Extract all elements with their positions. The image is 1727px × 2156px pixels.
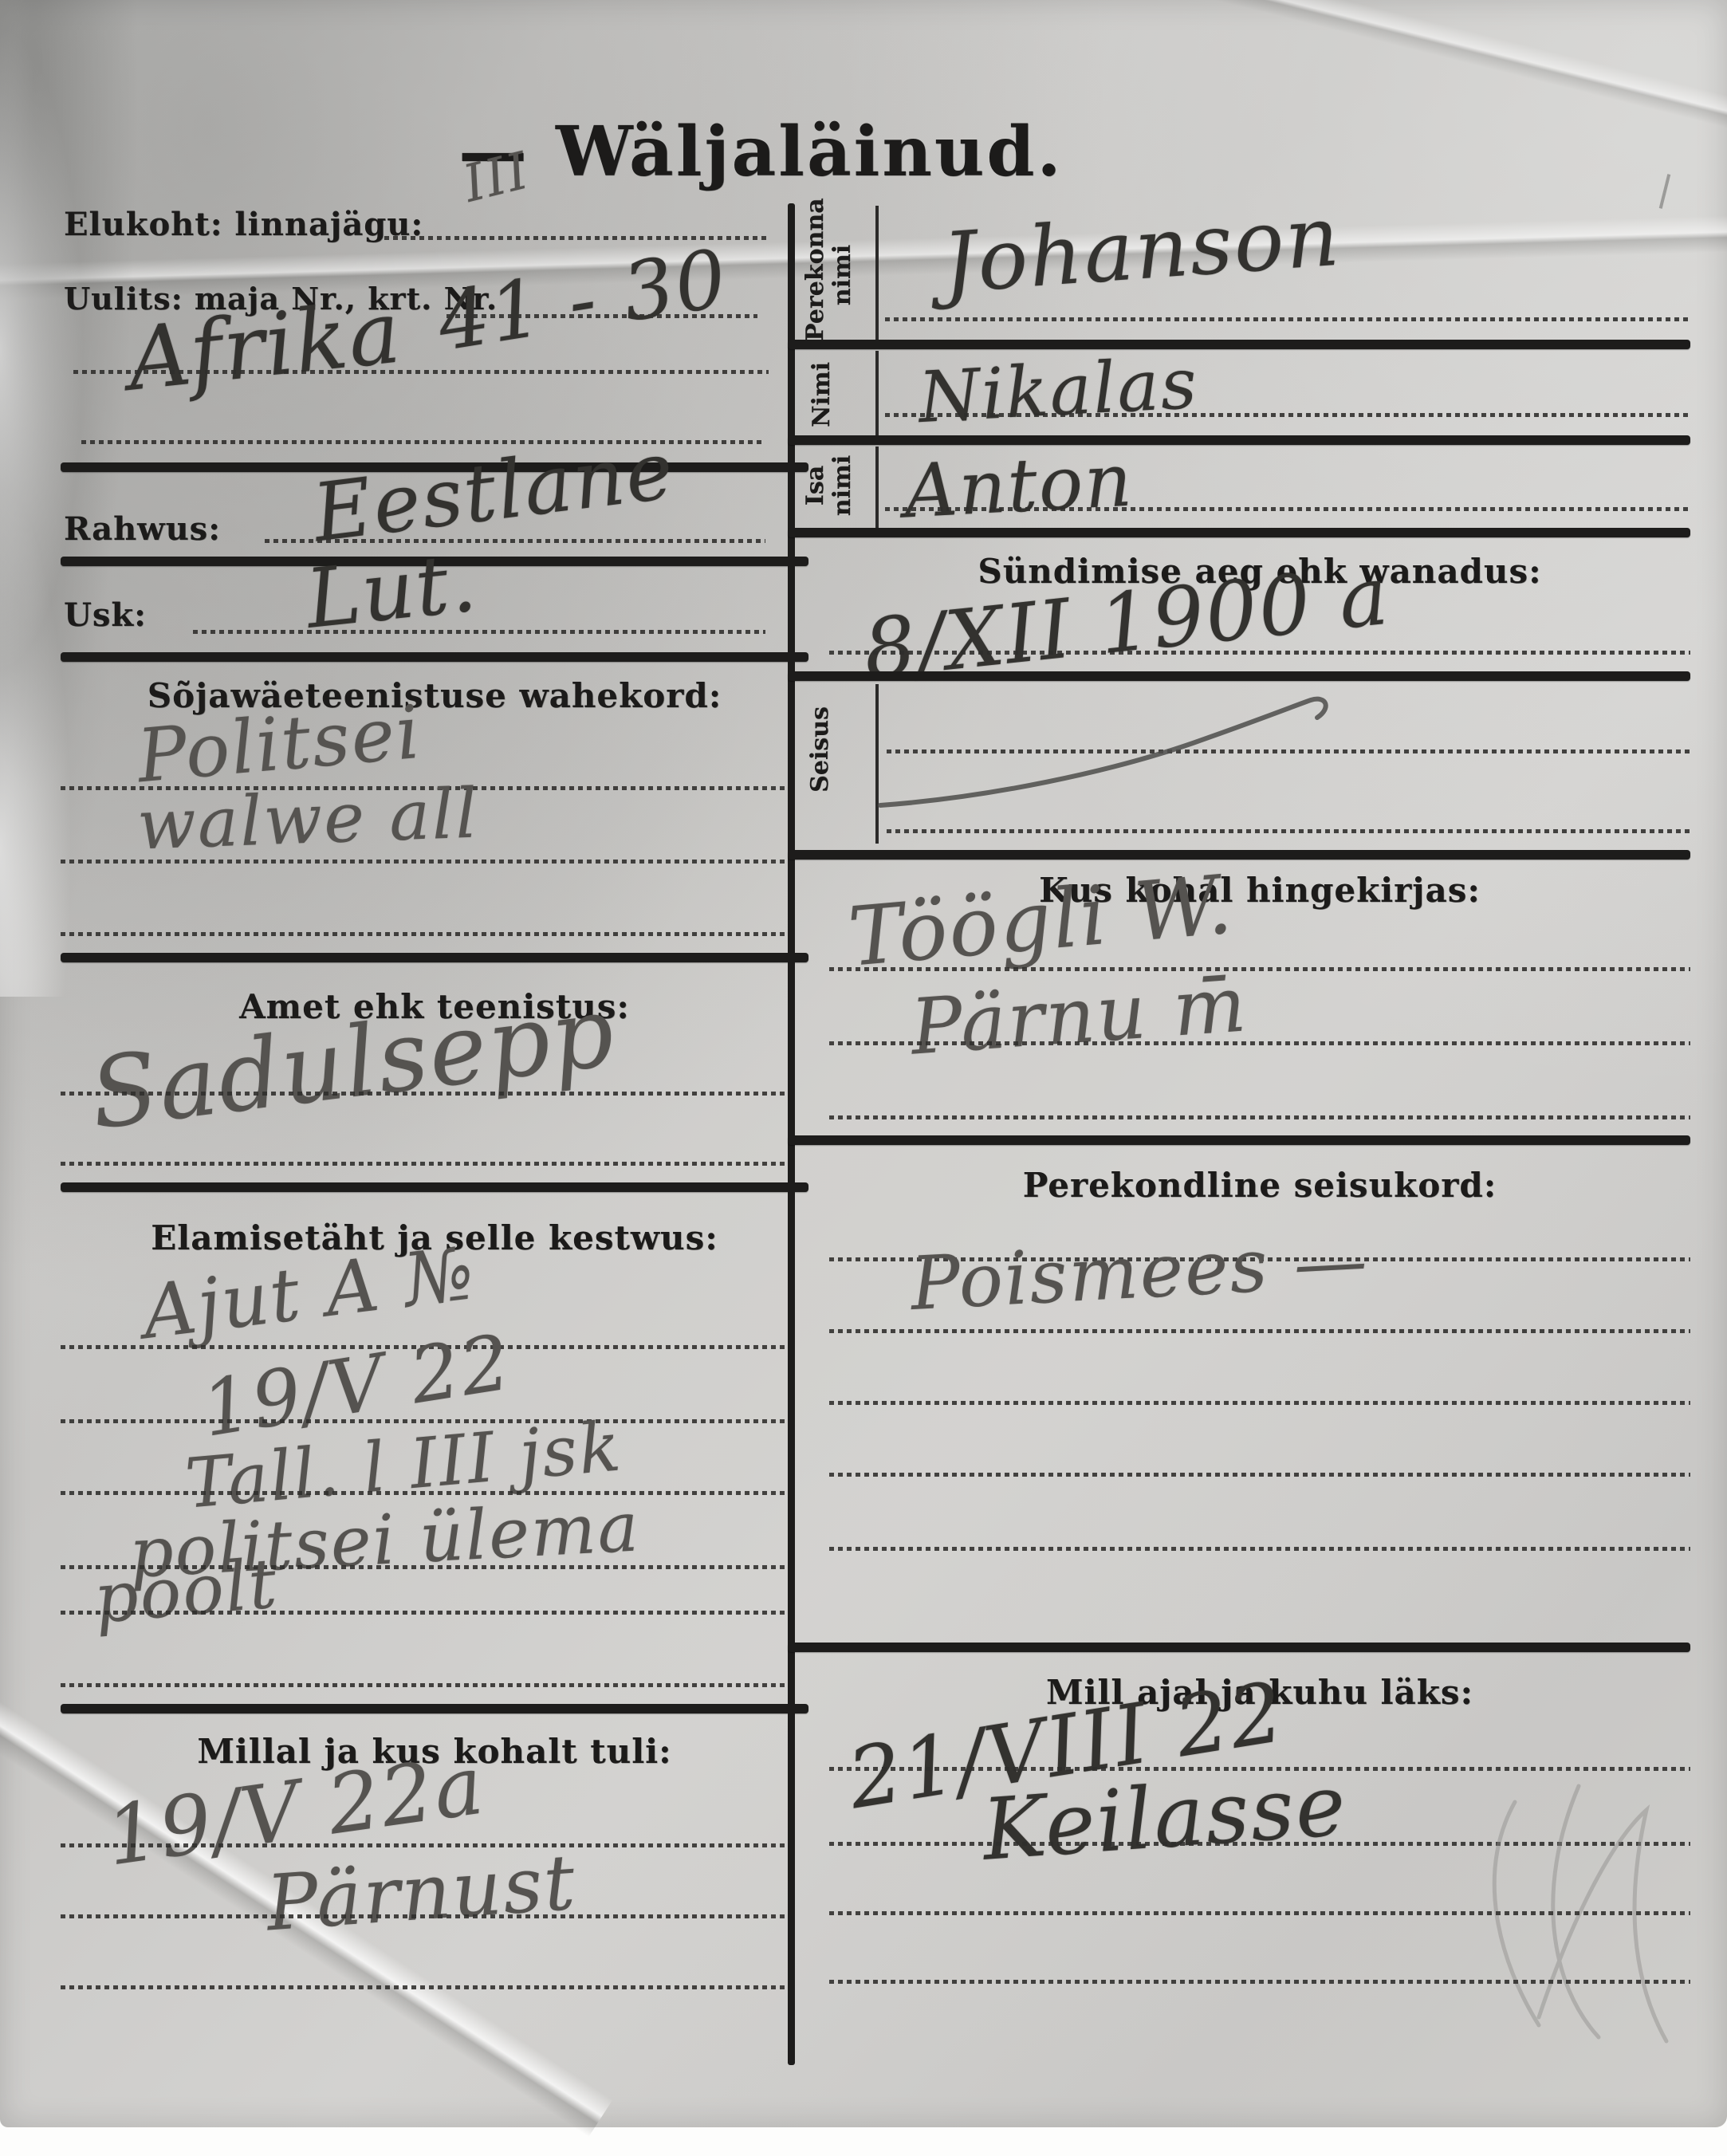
dotted-line bbox=[885, 507, 1690, 511]
field-usk-value: Lut. bbox=[301, 535, 482, 647]
field-isa-nimi-value: Anton bbox=[902, 438, 1135, 535]
section-rule bbox=[61, 953, 808, 962]
dotted-line bbox=[829, 1329, 1690, 1333]
section-rule bbox=[788, 340, 1690, 349]
dotted-line bbox=[829, 651, 1690, 655]
dotted-line bbox=[61, 860, 794, 864]
dotted-line bbox=[885, 317, 1690, 321]
dotted-line bbox=[829, 1473, 1690, 1477]
dotted-line bbox=[61, 1491, 797, 1495]
field-perekondline-label: Perekondline seisukord: bbox=[829, 1166, 1690, 1205]
field-elukoht-label: Elukoht: linnajägu: bbox=[64, 206, 423, 243]
section-rule bbox=[788, 435, 1690, 445]
section-rule bbox=[788, 671, 1690, 681]
dotted-line bbox=[885, 413, 1690, 417]
dotted-line bbox=[73, 370, 769, 374]
field-elamisetaht-line5: poolt bbox=[91, 1544, 281, 1639]
section-rule bbox=[788, 1135, 1690, 1145]
field-perekonna-nimi-label: Perekonna nimi bbox=[802, 209, 856, 341]
label-divider bbox=[875, 447, 879, 528]
dotted-line bbox=[61, 1611, 797, 1615]
field-usk-label: Usk: bbox=[64, 596, 147, 634]
section-rule bbox=[788, 1643, 1690, 1652]
section-rule bbox=[61, 1704, 808, 1713]
dotted-line bbox=[829, 1911, 1690, 1915]
field-rahwus-label: Rahwus: bbox=[64, 510, 221, 548]
dotted-line bbox=[829, 967, 1690, 971]
form-title: — Wäljaläinud. bbox=[458, 112, 1063, 192]
dotted-line bbox=[61, 1985, 797, 1989]
dotted-line bbox=[61, 1914, 797, 1918]
field-isa-nimi-label: Isa nimi bbox=[802, 445, 856, 526]
section-rule bbox=[61, 652, 808, 662]
field-sojavae-value2: walwe all bbox=[136, 774, 480, 866]
dotted-line bbox=[61, 1092, 797, 1096]
dotted-line bbox=[193, 630, 765, 634]
field-sojavae-label: Sõjawäeteenistuse wahekord: bbox=[61, 676, 808, 715]
dotted-line bbox=[829, 1401, 1690, 1405]
seisus-dash-stroke bbox=[871, 692, 1349, 820]
dotted-line bbox=[829, 1547, 1690, 1551]
label-divider bbox=[875, 206, 879, 341]
label-divider bbox=[875, 351, 879, 435]
dotted-line bbox=[61, 932, 797, 936]
column-divider bbox=[788, 203, 795, 2065]
section-rule bbox=[61, 1182, 808, 1192]
field-seisus-label: Seisus bbox=[807, 686, 834, 813]
field-nimi-value: Nikalas bbox=[917, 342, 1201, 439]
section-rule bbox=[788, 528, 1690, 537]
dotted-line bbox=[829, 1980, 1690, 1984]
dotted-line bbox=[829, 1115, 1690, 1119]
scanned-form-page: — Wäljaläinud. Elukoht: linnajägu: III U… bbox=[0, 0, 1727, 2156]
field-nimi-label: Nimi bbox=[808, 355, 836, 435]
dotted-line bbox=[61, 1162, 797, 1166]
section-rule bbox=[788, 850, 1690, 860]
dotted-line bbox=[61, 1683, 797, 1687]
dotted-line bbox=[829, 1041, 1690, 1045]
dotted-line bbox=[887, 829, 1690, 833]
